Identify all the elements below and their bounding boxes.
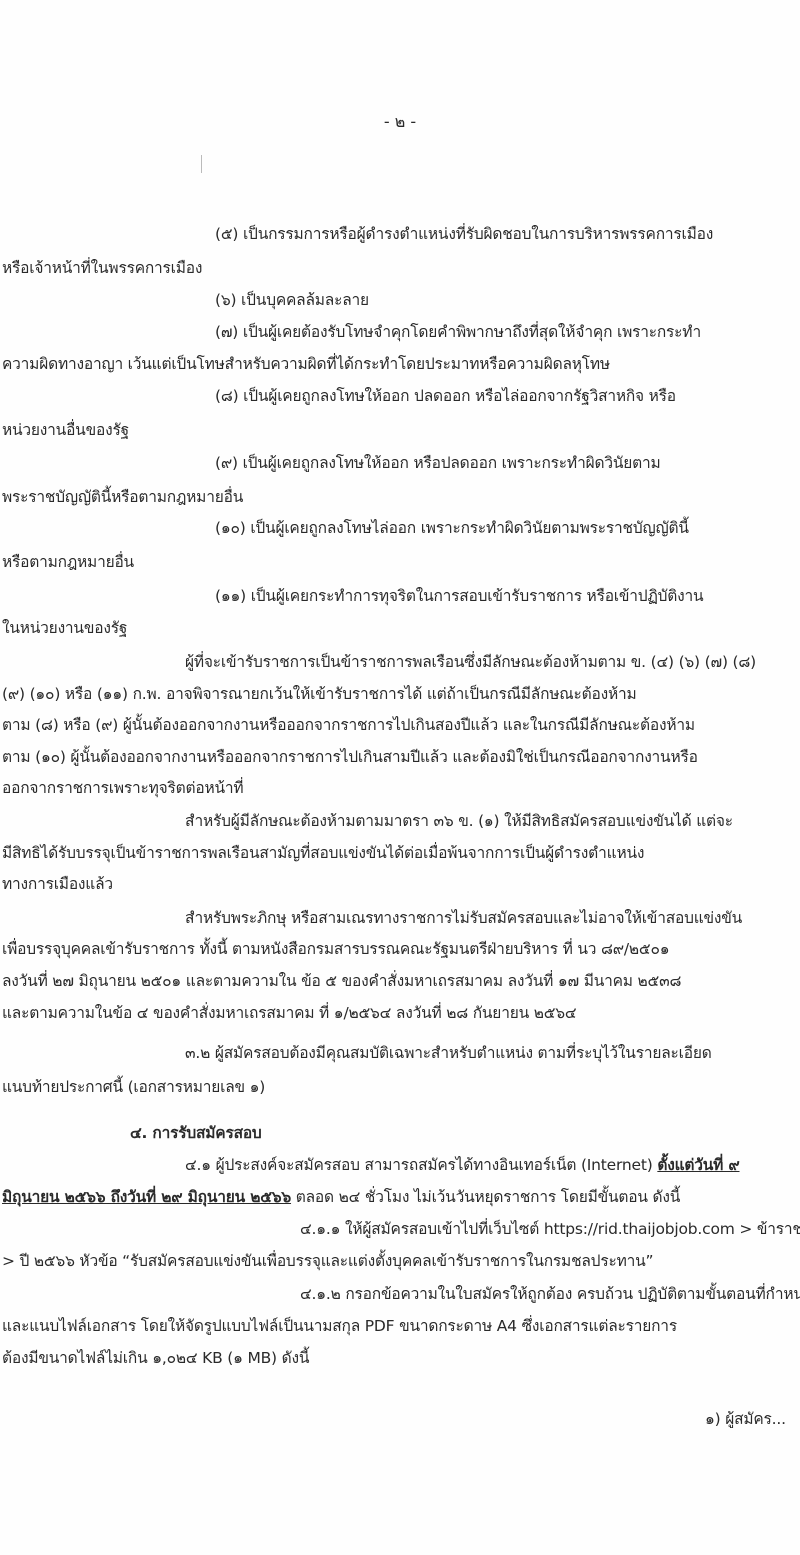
item-9-line-2: พระราชบัญญัตินี้หรือตามกฎหมายอื่น bbox=[2, 486, 243, 508]
exception-para-line-4: ตาม (๑๐) ผู้นั้นต้องออกจากงานหรือออกจากร… bbox=[2, 746, 698, 768]
item-6: (๖) เป็นบุคคลล้มละลาย bbox=[215, 289, 369, 311]
clause-4-1-1-line-1: ๔.๑.๑ ให้ผู้สมัครสอบเข้าไปที่เว็บไซต์ ht… bbox=[300, 1218, 800, 1240]
application-start-date: ตั้งแต่วันที่ ๙ bbox=[657, 1156, 739, 1174]
clause-3-2-line-2: แนบท้ายประกาศนี้ (เอกสารหมายเลข ๑) bbox=[2, 1076, 265, 1098]
section36-para-line-2: มีสิทธิได้รับบรรจุเป็นข้าราชการพลเรือนสา… bbox=[2, 842, 644, 864]
section-4-heading: ๔. การรับสมัครสอบ bbox=[130, 1122, 262, 1144]
exception-para-line-5: ออกจากราชการเพราะทุจริตต่อหน้าที่ bbox=[2, 777, 243, 799]
section36-para-line-3: ทางการเมืองแล้ว bbox=[2, 873, 113, 895]
continuation-marker: ๑) ผู้สมัคร... bbox=[705, 1408, 786, 1430]
clause-3-2-line-1: ๓.๒ ผู้สมัครสอบต้องมีคุณสมบัติเฉพาะสำหรั… bbox=[185, 1042, 712, 1064]
item-10-line-1: (๑๐) เป็นผู้เคยถูกลงโทษไล่ออก เพราะกระทำ… bbox=[215, 517, 689, 539]
item-8-line-1: (๘) เป็นผู้เคยถูกลงโทษให้ออก ปลดออก หรือ… bbox=[215, 385, 676, 407]
application-period: มิถุนายน ๒๕๖๖ ถึงวันที่ ๒๙ มิถุนายน ๒๕๖๖ bbox=[2, 1188, 291, 1206]
item-11-line-2: ในหน่วยงานของรัฐ bbox=[2, 617, 127, 639]
clause-4-1-2-line-3: ต้องมีขนาดไฟล์ไม่เกิน ๑,๐๒๔ KB (๑ MB) ดั… bbox=[2, 1347, 309, 1369]
clause-4-1-1-line-2: > ปี ๒๕๖๖ หัวข้อ “รับสมัครสอบแข่งขันเพื่… bbox=[2, 1250, 653, 1272]
item-8-line-2: หน่วยงานอื่นของรัฐ bbox=[2, 419, 129, 441]
exception-para-line-3: ตาม (๘) หรือ (๙) ผู้นั้นต้องออกจากงานหรื… bbox=[2, 714, 695, 736]
item-7-line-1: (๗) เป็นผู้เคยต้องรับโทษจำคุกโดยคำพิพากษ… bbox=[215, 321, 701, 343]
document-page: - ๒ - (๕) เป็นกรรมการหรือผู้ดำรงตำแหน่งท… bbox=[0, 0, 800, 1555]
scan-artifact bbox=[201, 155, 202, 173]
item-10-line-2: หรือตามกฎหมายอื่น bbox=[2, 551, 134, 573]
clause-4-1-line-1: ๔.๑ ผู้ประสงค์จะสมัครสอบ สามารถสมัครได้ท… bbox=[185, 1154, 740, 1176]
item-9-line-1: (๙) เป็นผู้เคยถูกลงโทษให้ออก หรือปลดออก … bbox=[215, 452, 661, 474]
clause-4-1-2-line-1: ๔.๑.๒ กรอกข้อความในใบสมัครให้ถูกต้อง ครบ… bbox=[300, 1283, 800, 1305]
clause-4-1-text-cont: ตลอด ๒๔ ชั่วโมง ไม่เว้นวันหยุดราชการ โดย… bbox=[291, 1188, 680, 1206]
monk-para-line-1: สำหรับพระภิกษุ หรือสามเณรทางราชการไม่รับ… bbox=[185, 907, 742, 929]
clause-4-1-line-2: มิถุนายน ๒๕๖๖ ถึงวันที่ ๒๙ มิถุนายน ๒๕๖๖… bbox=[2, 1186, 680, 1208]
item-5-line-1: (๕) เป็นกรรมการหรือผู้ดำรงตำแหน่งที่รับผ… bbox=[215, 223, 713, 245]
monk-para-line-4: และตามความในข้อ ๔ ของคำสั่งมหาเถรสมาคม ท… bbox=[2, 1002, 576, 1024]
item-11-line-1: (๑๑) เป็นผู้เคยกระทำการทุจริตในการสอบเข้… bbox=[215, 585, 703, 607]
clause-4-1-text: ๔.๑ ผู้ประสงค์จะสมัครสอบ สามารถสมัครได้ท… bbox=[185, 1156, 657, 1174]
item-5-line-2: หรือเจ้าหน้าที่ในพรรคการเมือง bbox=[2, 257, 202, 279]
item-7-line-2: ความผิดทางอาญา เว้นแต่เป็นโทษสำหรับความผ… bbox=[2, 353, 610, 375]
clause-4-1-2-line-2: และแนบไฟล์เอกสาร โดยให้จัดรูปแบบไฟล์เป็น… bbox=[2, 1315, 677, 1337]
page-number: - ๒ - bbox=[0, 110, 800, 135]
section36-para-line-1: สำหรับผู้มีลักษณะต้องห้ามตามมาตรา ๓๖ ข. … bbox=[185, 810, 733, 832]
exception-para-line-2: (๙) (๑๐) หรือ (๑๑) ก.พ. อาจพิจารณายกเว้น… bbox=[2, 683, 637, 705]
exception-para-line-1: ผู้ที่จะเข้ารับราชการเป็นข้าราชการพลเรือ… bbox=[185, 651, 756, 673]
monk-para-line-2: เพื่อบรรจุบุคคลเข้ารับราชการ ทั้งนี้ ตาม… bbox=[2, 938, 669, 960]
monk-para-line-3: ลงวันที่ ๒๗ มิถุนายน ๒๕๐๑ และตามความใน ข… bbox=[2, 970, 681, 992]
